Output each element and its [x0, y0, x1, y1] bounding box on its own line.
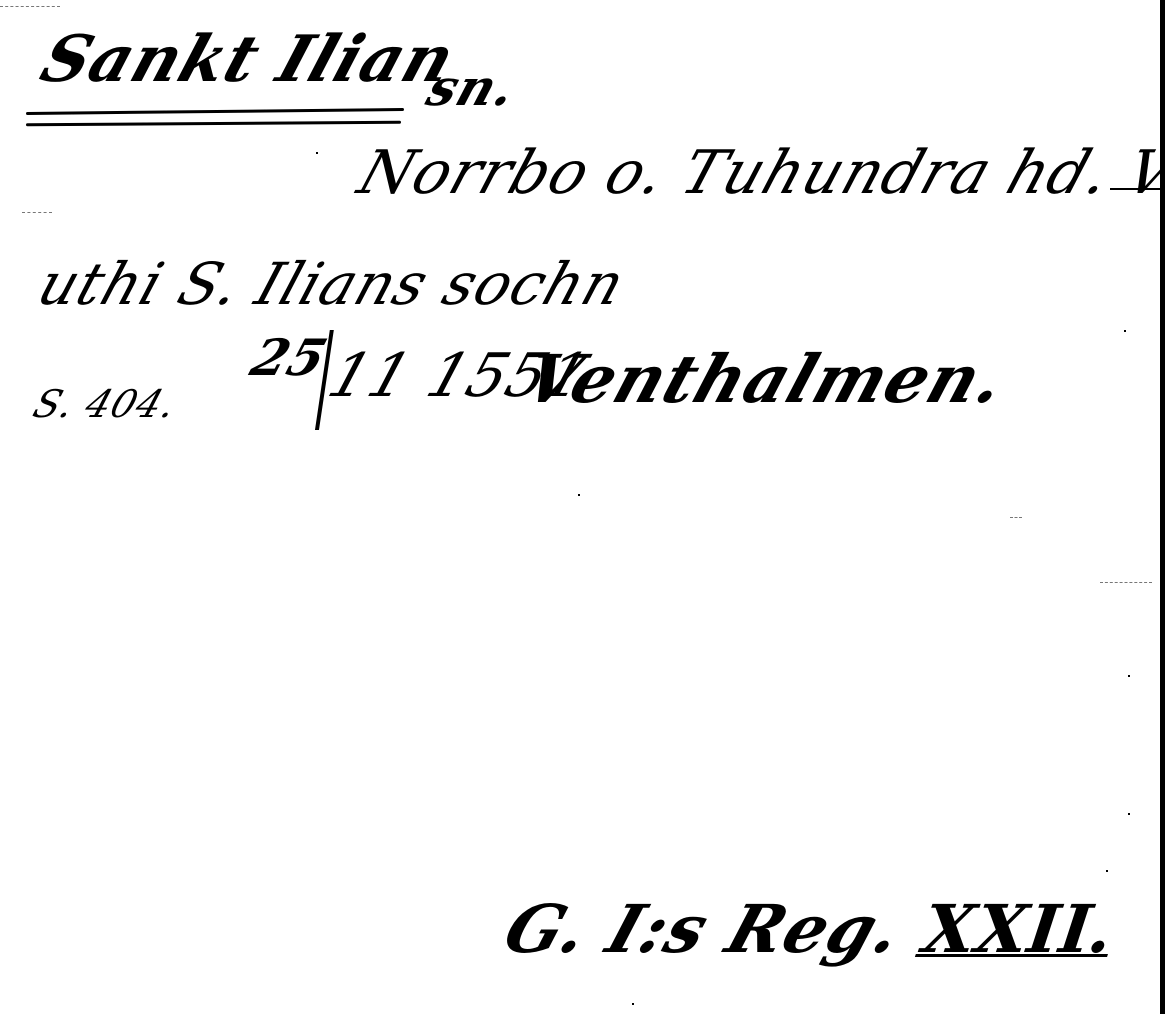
page-reference: S. 404. — [28, 382, 183, 426]
source-reference: G. I:s Reg. XXII. — [495, 890, 1129, 968]
archive-index-card: Sankt Ilian sn. Norrbo o. Tuhundra hd. V… — [0, 0, 1165, 1014]
scan-speck — [316, 152, 318, 154]
source-volume: XXII. — [911, 890, 1128, 968]
heading-suffix: sn. — [420, 58, 524, 117]
scan-speck — [1124, 330, 1126, 332]
scan-artifact — [1100, 582, 1152, 584]
scan-speck — [1128, 675, 1130, 677]
place-name: Venthalmen. — [515, 340, 1016, 418]
heading-underline-bottom — [26, 121, 401, 127]
scan-artifact — [22, 212, 52, 214]
scan-speck — [1106, 870, 1108, 872]
scan-speck — [1128, 813, 1130, 815]
edge-mark — [1110, 188, 1165, 190]
source-text: G. I:s Reg. — [495, 890, 913, 968]
card-right-edge — [1160, 0, 1165, 1014]
date-month: 11 — [320, 341, 421, 411]
scan-artifact — [0, 6, 60, 8]
scan-speck — [578, 494, 580, 496]
parish-line: uthi S. Ilians sochn — [30, 250, 634, 318]
scan-artifact — [1010, 517, 1022, 519]
heading-parish: Sankt Ilian — [32, 22, 464, 97]
date-day: 25 — [244, 328, 335, 387]
heading-underline-top — [26, 108, 404, 115]
scan-speck — [632, 1003, 634, 1005]
district-line: Norrbo o. Tuhundra hd. Vst. — [350, 138, 1165, 208]
